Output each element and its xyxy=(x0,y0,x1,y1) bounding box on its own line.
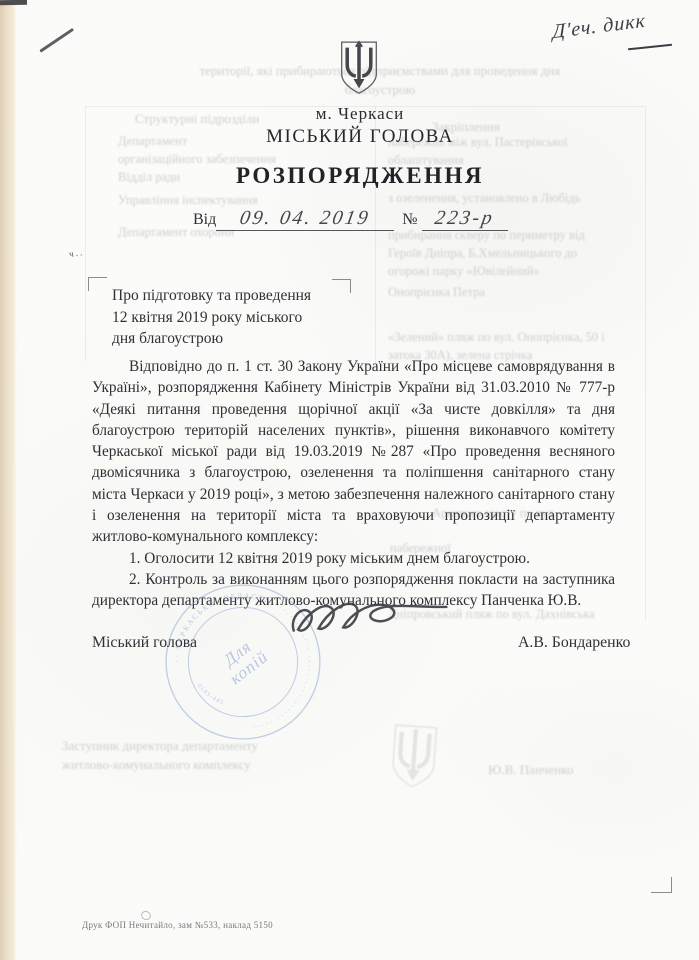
svg-text:0143-445: 0143-445 xyxy=(196,683,225,707)
preamble-paragraph: Відповідно до п. 1 ст. 30 Закону України… xyxy=(92,356,615,548)
pen-stroke-mark xyxy=(39,28,74,53)
corner-bracket-top-left xyxy=(88,277,107,291)
handwritten-number: 223-р xyxy=(433,207,496,230)
handwritten-date: 09. 04. 2019 xyxy=(238,207,372,230)
subject-line: 12 квітня 2019 року міського xyxy=(112,307,347,329)
bleedthrough-table-line xyxy=(645,106,646,621)
signer-title: Міський голова xyxy=(92,634,197,652)
signer-name: А.В. Бондаренко xyxy=(518,634,630,652)
date-number-line: Від09. 04. 2019№ 223-р xyxy=(193,207,508,231)
decree-item: 1. Оголосити 12 квітня 2019 року міським… xyxy=(92,548,615,569)
decree-body: Відповідно до п. 1 ст. 30 Закону України… xyxy=(92,356,615,612)
city-name: м. Черкаси xyxy=(160,104,560,124)
corner-bracket-bottom-right xyxy=(651,877,672,893)
scanned-document-page: ч.. Д'еч. дикк території, які прибирають… xyxy=(0,0,699,960)
date-label: Від xyxy=(193,211,216,228)
document-type-title: РОЗПОРЯДЖЕННЯ xyxy=(160,163,560,189)
bleedthrough-text: «Зелений» пляж по вул. Онопрієнка, 50 і xyxy=(388,329,640,346)
pencil-ticks: ч.. xyxy=(68,247,84,259)
bleedthrough-text: огорожі парку «Ювілейний» xyxy=(388,263,636,280)
bleedthrough-tryzub-icon xyxy=(385,718,442,795)
bleedthrough-text: з озеленення, установлено в Любідь xyxy=(388,190,636,207)
subject-block: Про підготовку та проведення 12 квітня 2… xyxy=(112,285,347,350)
print-shop-info: Друк ФОП Нечитайло, зам №533, наклад 515… xyxy=(82,920,273,930)
bleedthrough-text: житлово-комунального комплексу xyxy=(62,756,314,773)
subject-line: Про підготовку та проведення xyxy=(112,285,347,307)
bleedthrough-text: Героїв Дніпра, Б.Хмельницького до xyxy=(388,245,636,262)
number-label: № xyxy=(402,211,417,228)
subject-line: дня благоустрою xyxy=(112,328,347,350)
tryzub-emblem-icon xyxy=(337,39,381,97)
scan-corner-mark xyxy=(0,0,27,5)
issuing-authority: МІСЬКИЙ ГОЛОВА xyxy=(160,126,560,148)
bleedthrough-text: Ю.В. Панченко xyxy=(488,761,623,778)
handwriting-underline xyxy=(628,44,672,50)
bleedthrough-text: Онопрієнка Петра xyxy=(388,284,578,301)
bleedthrough-table-line xyxy=(85,106,86,361)
stamp-number: 0143-445 xyxy=(196,683,225,707)
scan-edge-strip xyxy=(0,0,17,960)
handwritten-note: Д'еч. дикк xyxy=(552,3,699,44)
signature-stroke xyxy=(283,596,455,648)
